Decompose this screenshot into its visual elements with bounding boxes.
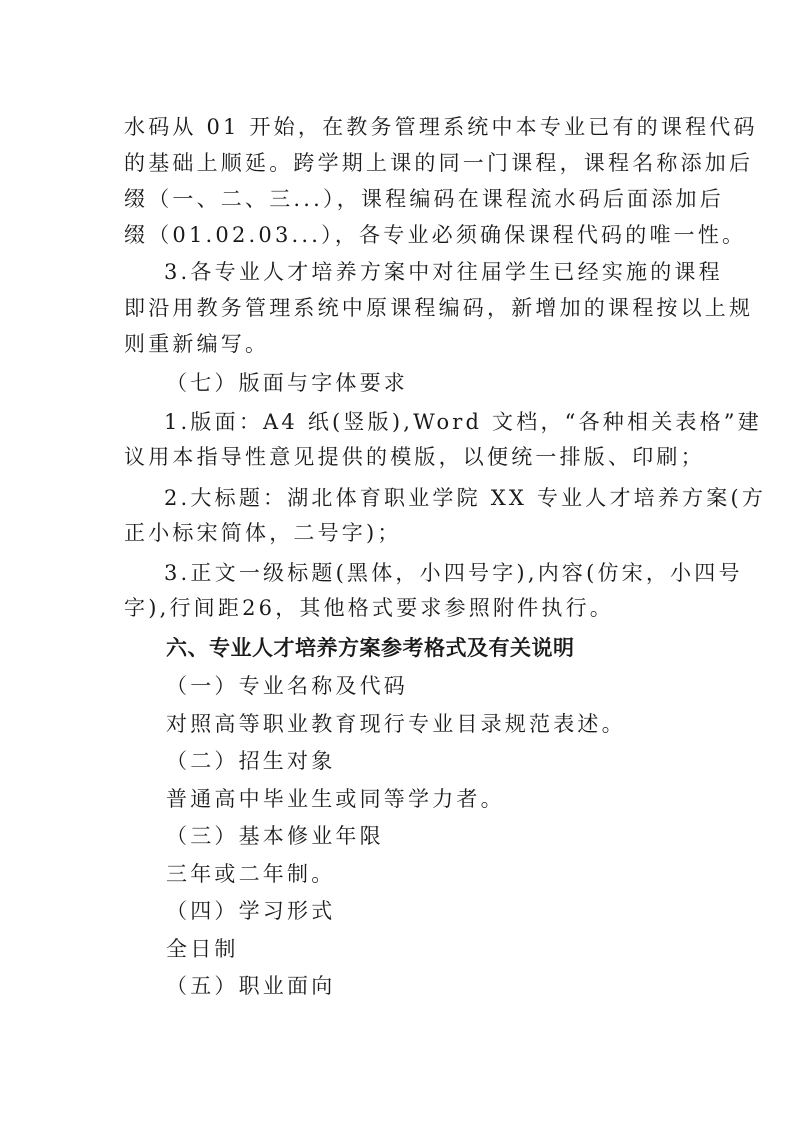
section-heading: （一）专业名称及代码 <box>166 672 722 700</box>
body-text-line: 则重新编写。 <box>124 330 680 358</box>
section-heading: （五）职业面向 <box>166 972 722 1000</box>
body-text-line: 字),行间距26，其他格式要求参照附件执行。 <box>124 594 680 622</box>
body-text-line: 缀（一、二、三...），课程编码在课程流水码后面添加后 <box>124 185 680 213</box>
document-page: 水码从 01 开始，在教务管理系统中本专业已有的课程代码 的基础上顺延。跨学期上… <box>0 0 800 1131</box>
section-heading: （四）学习形式 <box>166 897 722 925</box>
body-text-line: 正小标宋简体，二号字)； <box>124 519 680 547</box>
body-text-line: 普通高中毕业生或同等学力者。 <box>166 785 722 813</box>
body-text-line: 三年或二年制。 <box>166 860 722 888</box>
body-text-line: 3.各专业人才培养方案中对往届学生已经实施的课程 <box>164 258 680 286</box>
section-heading: （二）招生对象 <box>166 747 722 775</box>
body-text-line: 即沿用教务管理系统中原课程编码，新增加的课程按以上规 <box>124 294 680 322</box>
section-heading: （七）版面与字体要求 <box>166 369 722 397</box>
body-text-line: 的基础上顺延。跨学期上课的同一门课程，课程名称添加后 <box>124 149 680 177</box>
body-text-line: 缀（01.02.03...），各专业必须确保课程代码的唯一性。 <box>124 221 680 249</box>
body-text-line: 水码从 01 开始，在教务管理系统中本专业已有的课程代码 <box>124 113 680 141</box>
chapter-heading: 六、专业人才培养方案参考格式及有关说明 <box>166 634 722 662</box>
body-text-line: 议用本指导性意见提供的模版，以便统一排版、印刷； <box>124 443 680 471</box>
section-heading: （三）基本修业年限 <box>166 822 722 850</box>
body-text-line: 3.正文一级标题(黑体，小四号字),内容(仿宋，小四号 <box>164 559 680 587</box>
body-text-line: 全日制 <box>166 935 722 963</box>
body-text-line: 2.大标题：湖北体育职业学院 XX 专业人才培养方案(方 <box>164 484 680 512</box>
body-text-line: 对照高等职业教育现行专业目录规范表述。 <box>166 710 722 738</box>
body-text-line: 1.版面：A4 纸(竖版),Word 文档，“各种相关表格”建 <box>164 408 680 436</box>
